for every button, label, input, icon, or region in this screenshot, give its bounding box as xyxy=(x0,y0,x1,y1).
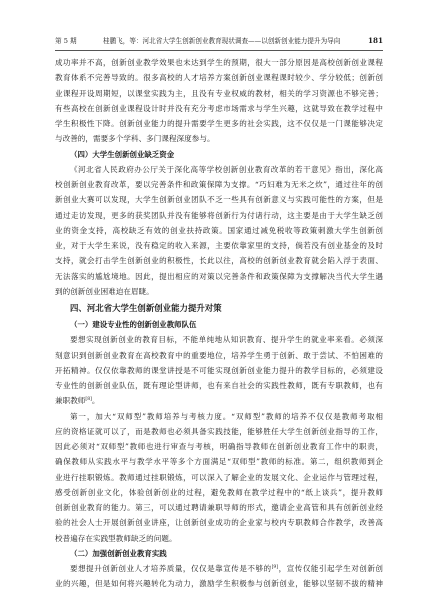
article-body: 成功率并不高，创新创业教学效果也未达到学生的预期，很大一部分原因是高校创新创业课… xyxy=(55,55,383,592)
issue-label: 第 5 期 xyxy=(55,35,77,47)
text-line: 业进行挂职锻炼。教师通过挂职锻炼，可以深入了解企业的发展文化、企业运作与管理过程… xyxy=(55,470,383,485)
text-line: 新创业大赛可以发现，大学生创新创业团队不乏一些具有创新意义与实践可能性的方案，但… xyxy=(55,192,383,207)
text-line: 通过走访发现，更多的获奖团队并没有能够将创新行为付诸行动，这主要是由于大学生缺乏… xyxy=(55,208,383,223)
paragraph-education-practice: 要想提升创新创业人才培养质量，仅仅是靠宣传是不够的[9]，宣传仅能引起学生对创新… xyxy=(55,561,383,592)
text-line: 学生积极性下降。创新创业能力的提升需要学生更多的社会实践，这不仅仅是一门课能够决… xyxy=(55,116,383,131)
subsection-heading-teacher-team: （一）建设专业性的创新创业教师队伍 xyxy=(55,317,383,332)
text-line: 确保教师从实践水平与教学水平等多个方面满足“双师型”教师的标准。第二，组织教师到… xyxy=(55,454,383,469)
text-line: 验的社会人士开展创新创业讲座，让创新创业成功的企业家与校内专职教师合作教学，改善… xyxy=(55,515,383,530)
paragraph-funding: 《河北省人民政府办公厅关于深化高等学校创新创业教育改革的若干意见》指出，深化高 … xyxy=(55,162,383,299)
running-title: 桂鹏飞，等：河北省大学生创新创业教育现状调查——以创新创业能力提升为导向 xyxy=(103,35,340,47)
text-line: 校创新创业教育改革，要以完善条件和政策保障为支撑。“巧妇难为无米之炊”，通过往年… xyxy=(55,177,383,192)
text-line: 专业性的创新创业队伍，既有理论型讲师，也有来自社会的实践性教师，既有专职教师，也… xyxy=(55,378,383,393)
text-line: 感受创新创业文化，体验创新创业的过程，避免教师在教学过程中的“纸上谈兵”，提升教… xyxy=(55,485,383,500)
text-line: 业的兴趣，但是如何将兴趣转化为动力，激励学生积极参与创新创业，能够以坚韧不拔的精… xyxy=(55,576,383,591)
text-line: 业，对于大学生来说，没有稳定的收入来源，主要依靠家里的支持，倘若没有创业基金的及… xyxy=(55,238,383,253)
text-line: 《河北省人民政府办公厅关于深化高等学校创新创业教育改革的若干意见》指出，深化高 xyxy=(55,162,383,177)
section-heading-countermeasures: 四、河北省大学生创新创业能力提升对策 xyxy=(55,299,383,317)
text-line: 开拓精神。仅仅依靠教师的课堂讲授是不可能实现创新创业能力提升的教学目标的，必须建… xyxy=(55,363,383,378)
text-span: 兼职教师 xyxy=(55,396,85,405)
text-line: 第一，加大“双师型”教师培养与考核力度。“双师型”教师的培养不仅仅是教师考取相 xyxy=(55,409,383,424)
paragraph-teacher-team: 要想实现创新创业的教育目标，不能单纯地从知识教育、提升学生的就业率来看。必须深 … xyxy=(55,332,383,408)
paragraph-curriculum-issues: 成功率并不高，创新创业教学效果也未达到学生的预期，很大一部分原因是高校创新创业课… xyxy=(55,55,383,147)
text-line: 校普遍存在实践型教师缺乏的问题。 xyxy=(55,531,383,546)
text-line: 支持，就会打击学生创新创业的积极性，长此以往，高校的创新创业教育就会陷入浮于表面… xyxy=(55,253,383,268)
text-line: 应的资格证就可以了，而是教师也必须具备实践技能，能够胜任大学生创新创业指导的工作… xyxy=(55,424,383,439)
text-span: 。 xyxy=(92,396,100,405)
subsection-heading-lack-of-funds: （四）大学生创新创业缺乏资金 xyxy=(55,147,383,162)
text-line: 兼职教师[8]。 xyxy=(55,393,383,408)
subsection-heading-education-practice: （二）加强创新创业教育实践 xyxy=(55,546,383,561)
text-line: 要想实现创新创业的教育目标，不能单纯地从知识教育、提升学生的就业率来看。必须深 xyxy=(55,332,383,347)
text-line: 教育体系不完善导致的。很多高校的人才培养方案创新创业课程课时较少、学分较低；创新… xyxy=(55,70,383,85)
text-line: 有些高校在创新创业课程设计时并没有充分考虑市场需求与学生兴趣，这就导致在教学过程… xyxy=(55,101,383,116)
text-span: ，宣传仅能引起学生对创新创 xyxy=(278,564,383,573)
text-line: 业课程开设周期短，以课堂实践为主，且没有专业权威的教材，相关的学习资源也不够完善… xyxy=(55,86,383,101)
text-line: 成功率并不高，创新创业教学效果也未达到学生的预期，很大一部分原因是高校创新创业课… xyxy=(55,55,383,70)
journal-page: 第 5 期 桂鹏飞，等：河北省大学生创新创业教育现状调查——以创新创业能力提升为… xyxy=(0,0,427,603)
text-line: 业的资金支持，高校缺乏有效的创业扶持政策。国家通过减免税收等政策刺激大学生创新创 xyxy=(55,223,383,238)
text-line: 要想提升创新创业人才培养质量，仅仅是靠宣传是不够的[9]，宣传仅能引起学生对创新… xyxy=(55,561,383,576)
text-line: 到的创新创业困难迫在眉睫。 xyxy=(55,284,383,299)
running-header: 第 5 期 桂鹏飞，等：河北省大学生创新创业教育现状调查——以创新创业能力提升为… xyxy=(55,35,383,47)
text-line: 无法落实的尴尬境地。因此，提出相应的对策以完善条件和政策保障为支撑解决当代大学生… xyxy=(55,269,383,284)
text-line: 与改善的，需要多个学科、多门课程深度参与。 xyxy=(55,131,383,146)
text-span: 要想提升创新创业人才培养质量，仅仅是靠宣传是不够的 xyxy=(70,564,272,573)
text-line: 因此必须对“双师型”教师也进行审查与考核，明确指导教师在创新创业教育工作中的职责… xyxy=(55,439,383,454)
paragraph-dual-qualified-teachers: 第一，加大“双师型”教师培养与考核力度。“双师型”教师的培养不仅仅是教师考取相 … xyxy=(55,409,383,546)
page-number: 181 xyxy=(368,35,383,47)
header-rule xyxy=(55,50,383,51)
text-line: 创新创业教育的能力。第三，可以通过聘请兼职导师的形式，邀请企业高管和具有创新创业… xyxy=(55,500,383,515)
text-line: 刻意识到创新创业教育在高校教育中的重要地位，培养学生勇于创新、敢于尝试、不怕困难… xyxy=(55,348,383,363)
